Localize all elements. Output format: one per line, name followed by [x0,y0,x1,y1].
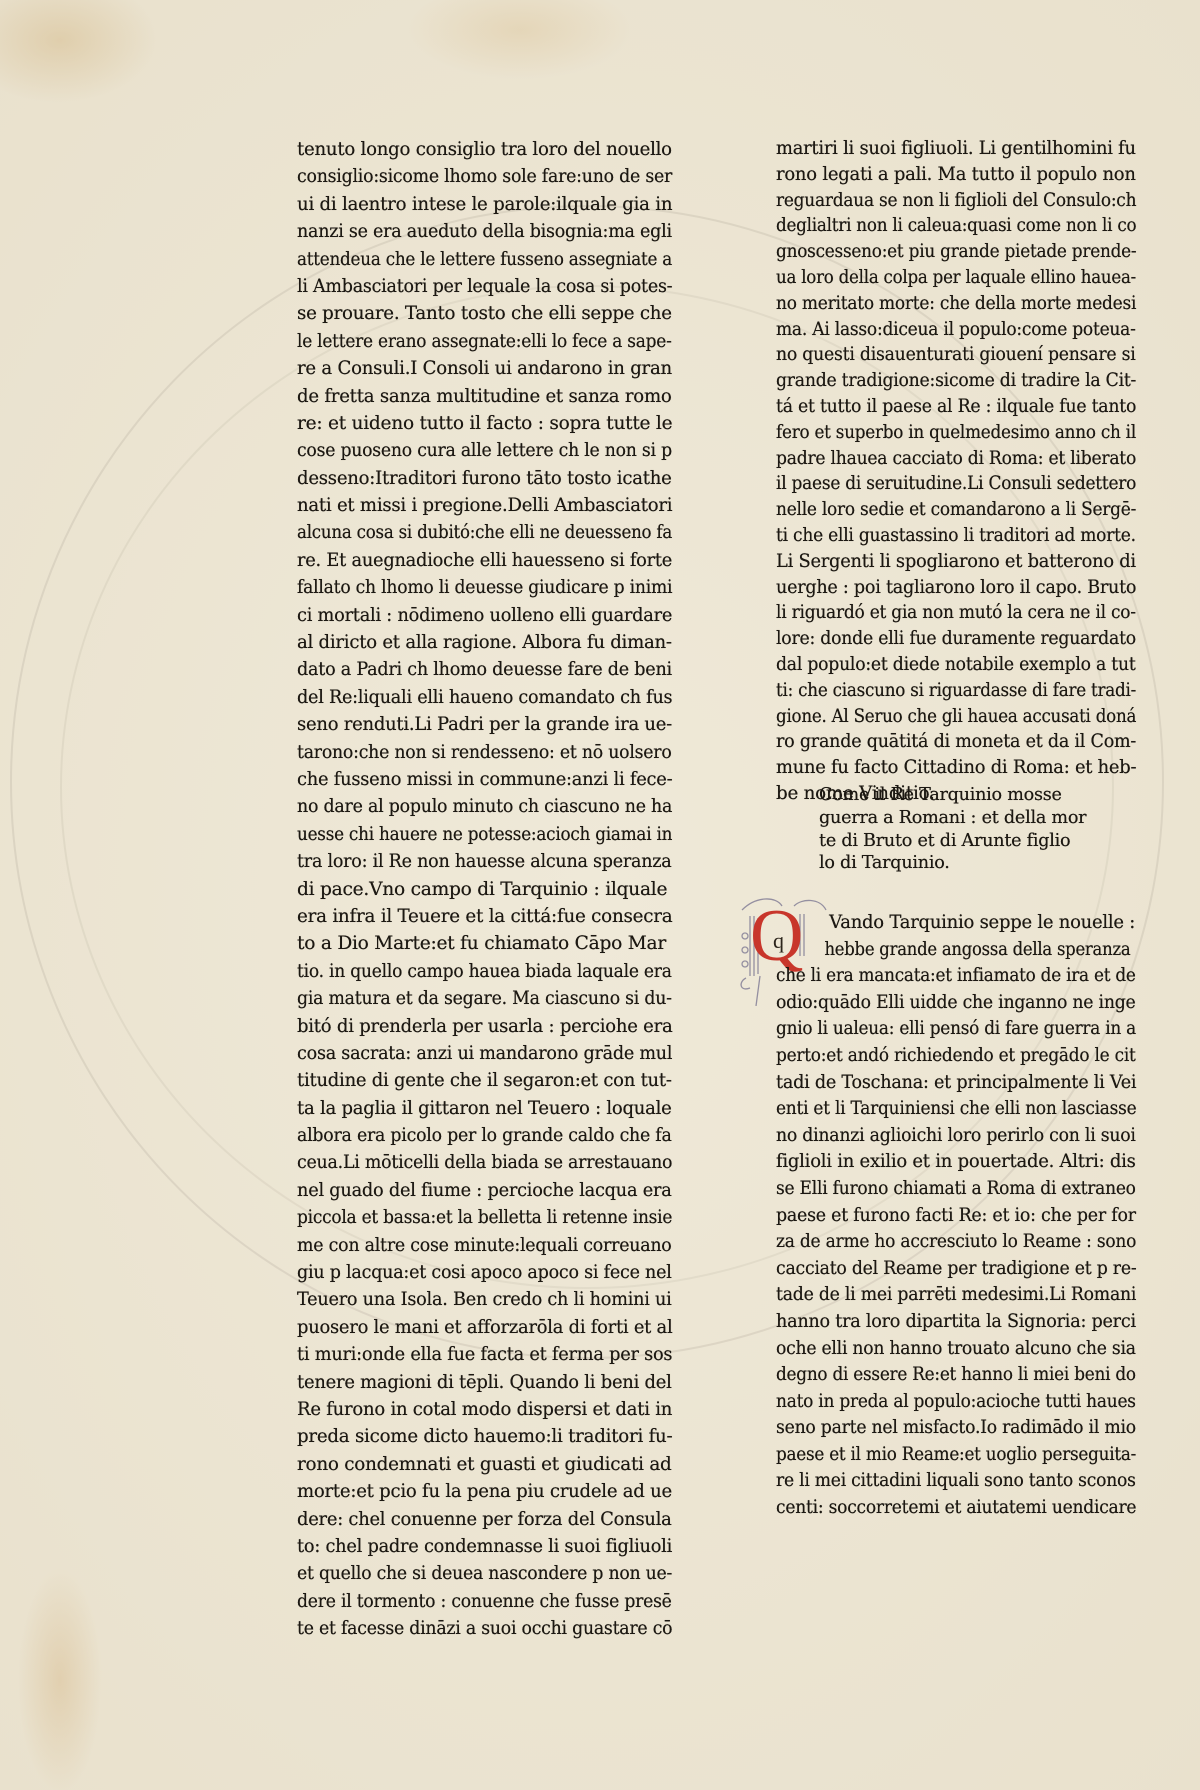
text-line: tarono:che non si rendesseno: et nō uols… [297,739,646,766]
text-line: lore: donde elli fue duramente reguardat… [776,626,1116,652]
text-line: guerra a Romani : et della mor [819,807,1099,830]
text-line: morte:et pcio fu la pena piu crudele ad … [297,1478,661,1505]
text-line: rono legati a pali. Ma tutto il populo n… [776,162,1130,188]
text-line: Vando Tarquinio seppe le nouelle : [776,910,1130,937]
text-line: albora era picolo per lo grande caldo ch… [297,1122,647,1149]
text-line: attendeua che le lettere fusseno assegni… [297,246,635,273]
text-line: che li era mancata:et infiamato de ira e… [776,963,1107,990]
text-line: nelle loro sedie et comandarono a li Ser… [776,497,1110,523]
text-line: re. Et auegnadioche elli hauesseno si fo… [297,547,656,574]
text-line: al diricto et alla ragione. Albora fu di… [297,629,661,656]
text-line: dal populo:et diede notabile exemplo a t… [776,652,1115,678]
text-line: no dinanzi aglioichi loro perirlo con li… [776,1123,1116,1150]
text-line: tra loro: il Re non hauesse alcuna spera… [297,848,650,875]
text-line: padre lhauea cacciato di Roma: et libera… [776,446,1114,472]
text-line: cacciato del Reame per tradigione et p r… [776,1256,1116,1283]
text-line: re li mei cittadini liquali sono tanto s… [776,1468,1114,1495]
text-line: re: et uideno tutto il facto : sopra tut… [297,410,671,437]
text-line: li Ambasciatori per lequale la cosa si p… [297,273,649,300]
text-line: tade de li mei parrēti medesimi.Li Roman… [776,1282,1116,1309]
text-line: ti che elli guastassino li traditori ad … [776,523,1112,549]
text-line: ma. Ai lasso:diceua il populo:come poteu… [776,317,1112,343]
text-line: hebbe grande angossa della speranza [776,937,1099,964]
text-line: figlioli in exilio et in pouertade. Altr… [776,1149,1130,1176]
text-line: re a Consuli.I Consoli ui andarono in gr… [297,355,662,382]
left-text-column: tenuto longo consiglio tra loro del noue… [297,136,672,1642]
text-line: era infra il Teuere et la cittá:fue cons… [297,903,666,930]
text-line: martiri li suoi figliuoli. Li gentilhomi… [776,136,1128,162]
text-line: perto:et andó richiedendo et pregādo le … [776,1043,1109,1070]
text-line: oche elli non hanno trouato alcuno che s… [776,1336,1114,1363]
text-line: se Elli furono chiamati a Roma di extran… [776,1176,1112,1203]
text-line: ta la paglia il gittaron nel Teuero : lo… [297,1095,660,1122]
text-line: cosa sacrata: anzi ui mandarono grāde mu… [297,1040,651,1067]
text-line: seno parte nel misfacto.Io radimādo il m… [776,1415,1115,1442]
text-line: dere il tormento : conuenne che fusse pr… [297,1588,644,1615]
text-line: ti muri:onde ella fue facta et ferma per… [297,1341,655,1368]
chapter-body-text: Vando Tarquinio seppe le nouelle :hebbe … [776,910,1136,1522]
text-line: ro grande quātitá di moneta et da il Com… [776,729,1122,755]
text-line: no dare al populo minuto ch ciascuno ne … [297,793,648,820]
text-line: del Re:liquali elli haueno comandato ch … [297,684,652,711]
text-line: tio. in quello campo hauea biada laquale… [297,958,642,985]
text-line: gnio li ualeua: elli pensó di fare guerr… [776,1016,1108,1043]
text-line: piccola et bassa:et la belletta li reten… [297,1204,639,1231]
text-line: li riguardó et gia non mutó la cera ne i… [776,600,1111,626]
text-line: bitó di prenderla per usarla : perciohe … [297,1013,660,1040]
text-line: nati et missi i pregione.Delli Ambasciat… [297,492,661,519]
text-line: ceua.Li mōticelli della biada se arresta… [297,1149,648,1176]
text-line: paese et furono facti Re: et io: che per… [776,1203,1119,1230]
text-line: puosero le mani et afforzarōla di forti … [297,1314,658,1341]
text-line: paese et il mio Reame:et uoglio persegui… [776,1442,1107,1469]
text-line: no questi disauenturati giouení pensare … [776,342,1116,368]
text-line: mune fu facto Cittadino di Roma: et heb- [776,755,1128,781]
text-line: fallato ch lhomo li deuesse giudicare p … [297,574,643,601]
text-line: consiglio:sicome lhomo sole fare:uno de … [297,163,647,190]
text-line: dato a Padri ch lhomo deuesse fare de be… [297,656,651,683]
text-line: ci mortali : nōdimeno uolleno elli guard… [297,602,655,629]
text-line: uesse chi hauere ne potesse:acioch giama… [297,821,636,848]
text-line: se prouare. Tanto tosto che elli seppe c… [297,300,664,327]
right-text-column: martiri li suoi figliuoli. Li gentilhomi… [776,136,1136,807]
text-line: Come il Re Tarquinio mosse [819,784,1099,807]
text-line: grande tradigione:sicome di tradire la C… [776,368,1115,394]
chapter-heading: Come il Re Tarquinio mosseguerra a Roman… [819,784,1099,875]
text-line: tenuto longo consiglio tra loro del noue… [297,136,662,163]
document-page: tenuto longo consiglio tra loro del noue… [0,0,1200,1790]
text-line: Teuero una Isola. Ben credo ch li homini… [297,1286,653,1313]
text-line: seno renduti.Li Padri per la grande ira … [297,711,659,738]
text-line: giu p lacqua:et cosi apoco apoco si fece… [297,1259,650,1286]
text-line: il paese di seruitudine.Li Consuli sedet… [776,471,1110,497]
text-line: enti et li Tarquiniensi che elli non las… [776,1096,1110,1123]
text-line: ti: che ciascuno si riguardasse di fare … [776,678,1106,704]
text-line: to: chel padre condemnasse li suoi figli… [297,1533,655,1560]
text-line: me con altre cose minute:lequali correua… [297,1232,648,1259]
text-line: tenere magioni di tēpli. Quando li beni … [297,1369,659,1396]
text-line: cose puoseno cura alle lettere ch le non… [297,437,645,464]
text-line: te et facesse dināzi a suoi occhi guasta… [297,1615,646,1642]
text-line: titudine di gente che il segaron:et con … [297,1067,659,1094]
text-line: preda sicome dicto hauemo:li traditori f… [297,1423,664,1450]
text-line: hanno tra loro dipartita la Signoria: pe… [776,1309,1123,1336]
text-line: Li Sergenti li spogliarono et batterono … [776,549,1127,575]
text-line: et quello che si deuea nascondere p non … [297,1560,645,1587]
text-line: ua loro della colpa per laquale ellino h… [776,265,1103,291]
text-line: gia matura et da segare. Ma ciascuno si … [297,985,646,1012]
text-line: nato in preda al populo:acioche tutti ha… [776,1389,1110,1416]
text-line: alcuna cosa si dubitó:che elli ne deuess… [297,519,633,546]
text-line: reguardaua se non li figlioli del Consul… [776,188,1110,214]
corner-stain-mark [2,2,32,16]
text-line: Re furono in cotal modo dispersi et dati… [297,1396,660,1423]
text-line: tá et tutto il paese al Re : ilquale fue… [776,394,1116,420]
text-line: fero et superbo in quelmedesimo anno ch … [776,420,1107,446]
text-line: ui di laentro intese le parole:ilquale g… [297,191,663,218]
text-line: gione. Al Seruo che gli hauea accusati d… [776,704,1104,730]
text-line: te di Bruto et di Arunte figlio [819,830,1099,853]
text-line: centi: soccorretemi et aiutatemi uendica… [776,1495,1113,1522]
text-line: de fretta sanza multitudine et sanza rom… [297,383,662,410]
text-line: le lettere erano assegnate:elli lo fece … [297,328,639,355]
text-line: desseno:Itraditori furono tāto tosto ica… [297,465,661,492]
text-line: uerghe : poi tagliarono loro il capo. Br… [776,575,1122,601]
text-line: nanzi se era aueduto della bisognia:ma e… [297,218,649,245]
text-line: odio:quādo Elli uidde che inganno ne ing… [776,990,1116,1017]
text-line: dere: chel conuenne per forza del Consul… [297,1506,658,1533]
text-line: deglialtri non li caleua:quasi come non … [776,213,1106,239]
text-line: za de arme ho accresciuto lo Reame : son… [776,1229,1112,1256]
text-line: di pace.Vno campo di Tarquinio : ilquale [297,876,672,903]
text-line: tadi de Toschana: et principalmente li V… [776,1070,1123,1097]
text-line: degno di essere Re:et hanno li miei beni… [776,1362,1107,1389]
text-line: che fusseno missi in commune:anzi li fec… [297,766,657,793]
text-line: lo di Tarquinio. [819,852,1099,875]
text-line: no meritato morte: che della morte medes… [776,291,1111,317]
text-line: rono condemnati et guasti et giudicati a… [297,1451,667,1478]
text-line: nel guado del fiume : percioche lacqua e… [297,1177,655,1204]
text-line: gnoscesseno:et piu grande pietade prende… [776,239,1108,265]
text-line: to a Dio Marte:et fu chiamato Cāpo Mar [297,930,672,957]
